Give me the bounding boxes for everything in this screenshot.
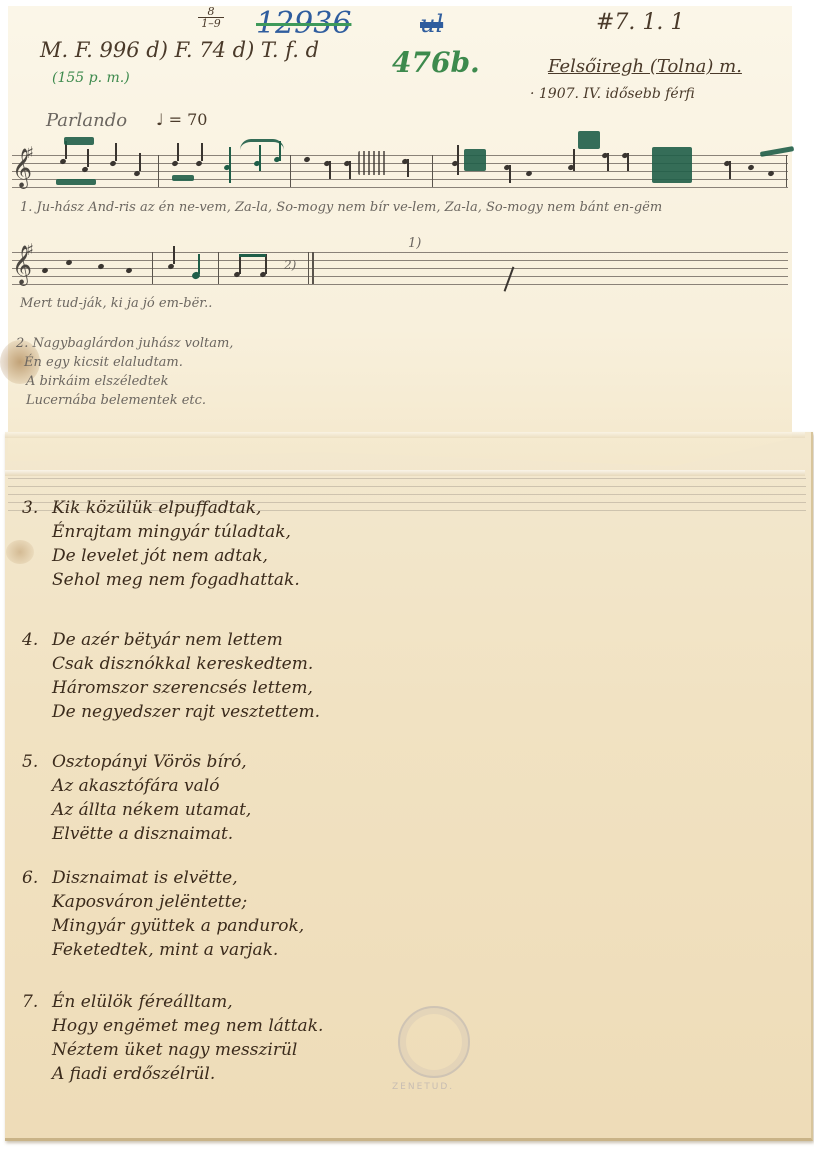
double-barline [312, 252, 314, 284]
barline [786, 155, 787, 187]
barline [290, 155, 291, 187]
verse-number: 5. [22, 750, 52, 774]
verse-line: Az akasztófára való [22, 774, 251, 798]
barline [308, 252, 309, 284]
note-stem [329, 161, 331, 179]
fraction-annotation: 8 1–9 [198, 6, 224, 29]
note-stem [239, 254, 241, 274]
beam [239, 254, 266, 257]
verse-line: Néztem üket nagy messzirül [22, 1038, 323, 1062]
ending-mark: 2) [284, 258, 296, 272]
barline [432, 155, 433, 187]
verse-6: 6.Disznaimat is elvëtte, Kaposváron jelë… [22, 866, 304, 962]
note [41, 267, 48, 274]
verse-line: Kaposváron jelëntette; [22, 890, 304, 914]
verse-line: Kik közülük elpuffadtak, [52, 498, 261, 518]
note [767, 170, 774, 177]
note [303, 156, 310, 163]
note-stem [265, 254, 267, 274]
collection-location: Felsőiregh (Tolna) m. [548, 56, 742, 77]
verse-2-line: A birkáim elszéledtek [16, 372, 233, 391]
verse-line: Osztopányi Vörös bíró, [52, 752, 247, 772]
note-stem [729, 161, 731, 179]
verse-number: 6. [22, 866, 52, 890]
verse-4: 4.De azér bëtyár nem lettem Csak disznók… [22, 628, 320, 724]
verse-2-line: 2. Nagybaglárdon juhász voltam, [16, 334, 233, 353]
archive-stamp-icon [398, 1006, 470, 1078]
verse-line: Mingyár gyüttek a pandurok, [22, 914, 304, 938]
verse-2: 2. Nagybaglárdon juhász voltam, Én egy k… [16, 334, 233, 410]
archive-number: #7. 1. 1 [596, 10, 684, 35]
green-correction-mark [64, 137, 94, 145]
note [195, 160, 202, 167]
note [109, 160, 116, 167]
music-staff-1: 𝄞 ♯ [12, 155, 788, 187]
note-stem [177, 143, 179, 161]
note [133, 170, 140, 177]
verse-7: 7.Én elülök féreálltam, Hogy engëmet meg… [22, 990, 323, 1086]
note-stem [229, 147, 231, 183]
verse-line: Elvëtte a disznaimat. [22, 822, 251, 846]
verse-2-line: Lucernába belementek etc. [16, 391, 233, 410]
note-stem [139, 153, 141, 171]
green-number: 476b. [392, 46, 480, 79]
verse-5: 5.Osztopányi Vörös bíró, Az akasztófára … [22, 750, 251, 846]
note-stem [198, 254, 200, 274]
note-stem [607, 153, 609, 171]
staff-1-lyrics: 1. Ju-hász And-ris az én ne-vem, Za-la, … [20, 200, 662, 215]
reference-codes: M. F. 996 d) F. 74 d) T. f. d [40, 38, 319, 62]
verse-line: Az állta nékem utamat, [22, 798, 251, 822]
archive-stamp-text: ZENETUD. [392, 1082, 454, 1092]
metronome-marking: ♩ = 70 [156, 110, 207, 129]
scribbled-out-mark: ul [420, 10, 443, 38]
barline [218, 252, 219, 284]
verse-line: Sehol meg nem fogadhattak. [22, 568, 300, 592]
note-stem [201, 143, 203, 161]
page-reference: (155 p. m.) [52, 70, 130, 86]
verse-number: 4. [22, 628, 52, 652]
verse-line: Én elülök féreálltam, [52, 992, 233, 1012]
note-stem [173, 246, 175, 264]
note-stem [115, 143, 117, 161]
note-stem [87, 149, 89, 167]
note [747, 164, 754, 171]
fraction-bottom: 1–9 [198, 18, 224, 29]
note-cluster [358, 151, 388, 175]
staff-2-lyrics: Mert tud-ják, ki ja jó em-bër.. [20, 296, 212, 311]
note [65, 259, 72, 266]
note-stem [349, 161, 351, 179]
verse-line: Feketedtek, mint a varjak. [22, 938, 304, 962]
verse-line: Háromszor szerencsés lettem, [22, 676, 320, 700]
green-correction-mark [652, 147, 692, 183]
music-staff-2: 𝄞 ♯ 2) [12, 252, 788, 284]
verse-line: De levelet jót nem adtak, [22, 544, 300, 568]
verse-2-line: Én egy kicsit elaludtam. [16, 353, 233, 372]
note-stem [573, 149, 575, 171]
green-slur [240, 139, 284, 150]
verse-line: De negyedszer rajt vesztettem. [22, 700, 320, 724]
note [525, 170, 532, 177]
note-stem [279, 141, 281, 161]
note [125, 267, 132, 274]
verse-line: A fiadi erdőszélrül. [22, 1062, 323, 1086]
green-correction-mark [172, 175, 194, 181]
catalog-number-struck: 12936 [256, 6, 351, 41]
verse-line: Énrajtam mingyár túladtak, [22, 520, 300, 544]
barline [158, 155, 159, 187]
note-stem [627, 153, 629, 171]
verse-line: Hogy engëmet meg nem láttak. [22, 1014, 323, 1038]
verse-3: 3.Kik közülük elpuffadtak, Énrajtam ming… [22, 496, 300, 592]
note-stem [509, 165, 511, 183]
fraction-top: 8 [198, 6, 224, 17]
verse-line: Disznaimat is elvëtte, [52, 868, 238, 888]
verse-number: 3. [22, 496, 52, 520]
verse-line: De azér bëtyár nem lettem [52, 630, 283, 650]
verse-number: 7. [22, 990, 52, 1014]
key-signature-sharp-icon: ♯ [26, 240, 34, 259]
green-correction-mark [578, 131, 600, 149]
note-stem [407, 159, 409, 177]
note-stem [457, 145, 459, 175]
note [171, 160, 178, 167]
green-correction-mark [56, 179, 96, 185]
fold-crease [5, 432, 805, 438]
barline [152, 252, 153, 284]
key-signature-sharp-icon: ♯ [26, 143, 34, 162]
tempo-marking: Parlando [46, 110, 127, 131]
fold-crease [5, 470, 805, 476]
collection-date-note: · 1907. IV. idősebb férfi [530, 86, 695, 102]
note-stem [259, 145, 261, 171]
verse-line: Csak disznókkal kereskedtem. [22, 652, 320, 676]
green-correction-mark [464, 149, 486, 171]
footnote-mark: 1) [408, 236, 421, 251]
